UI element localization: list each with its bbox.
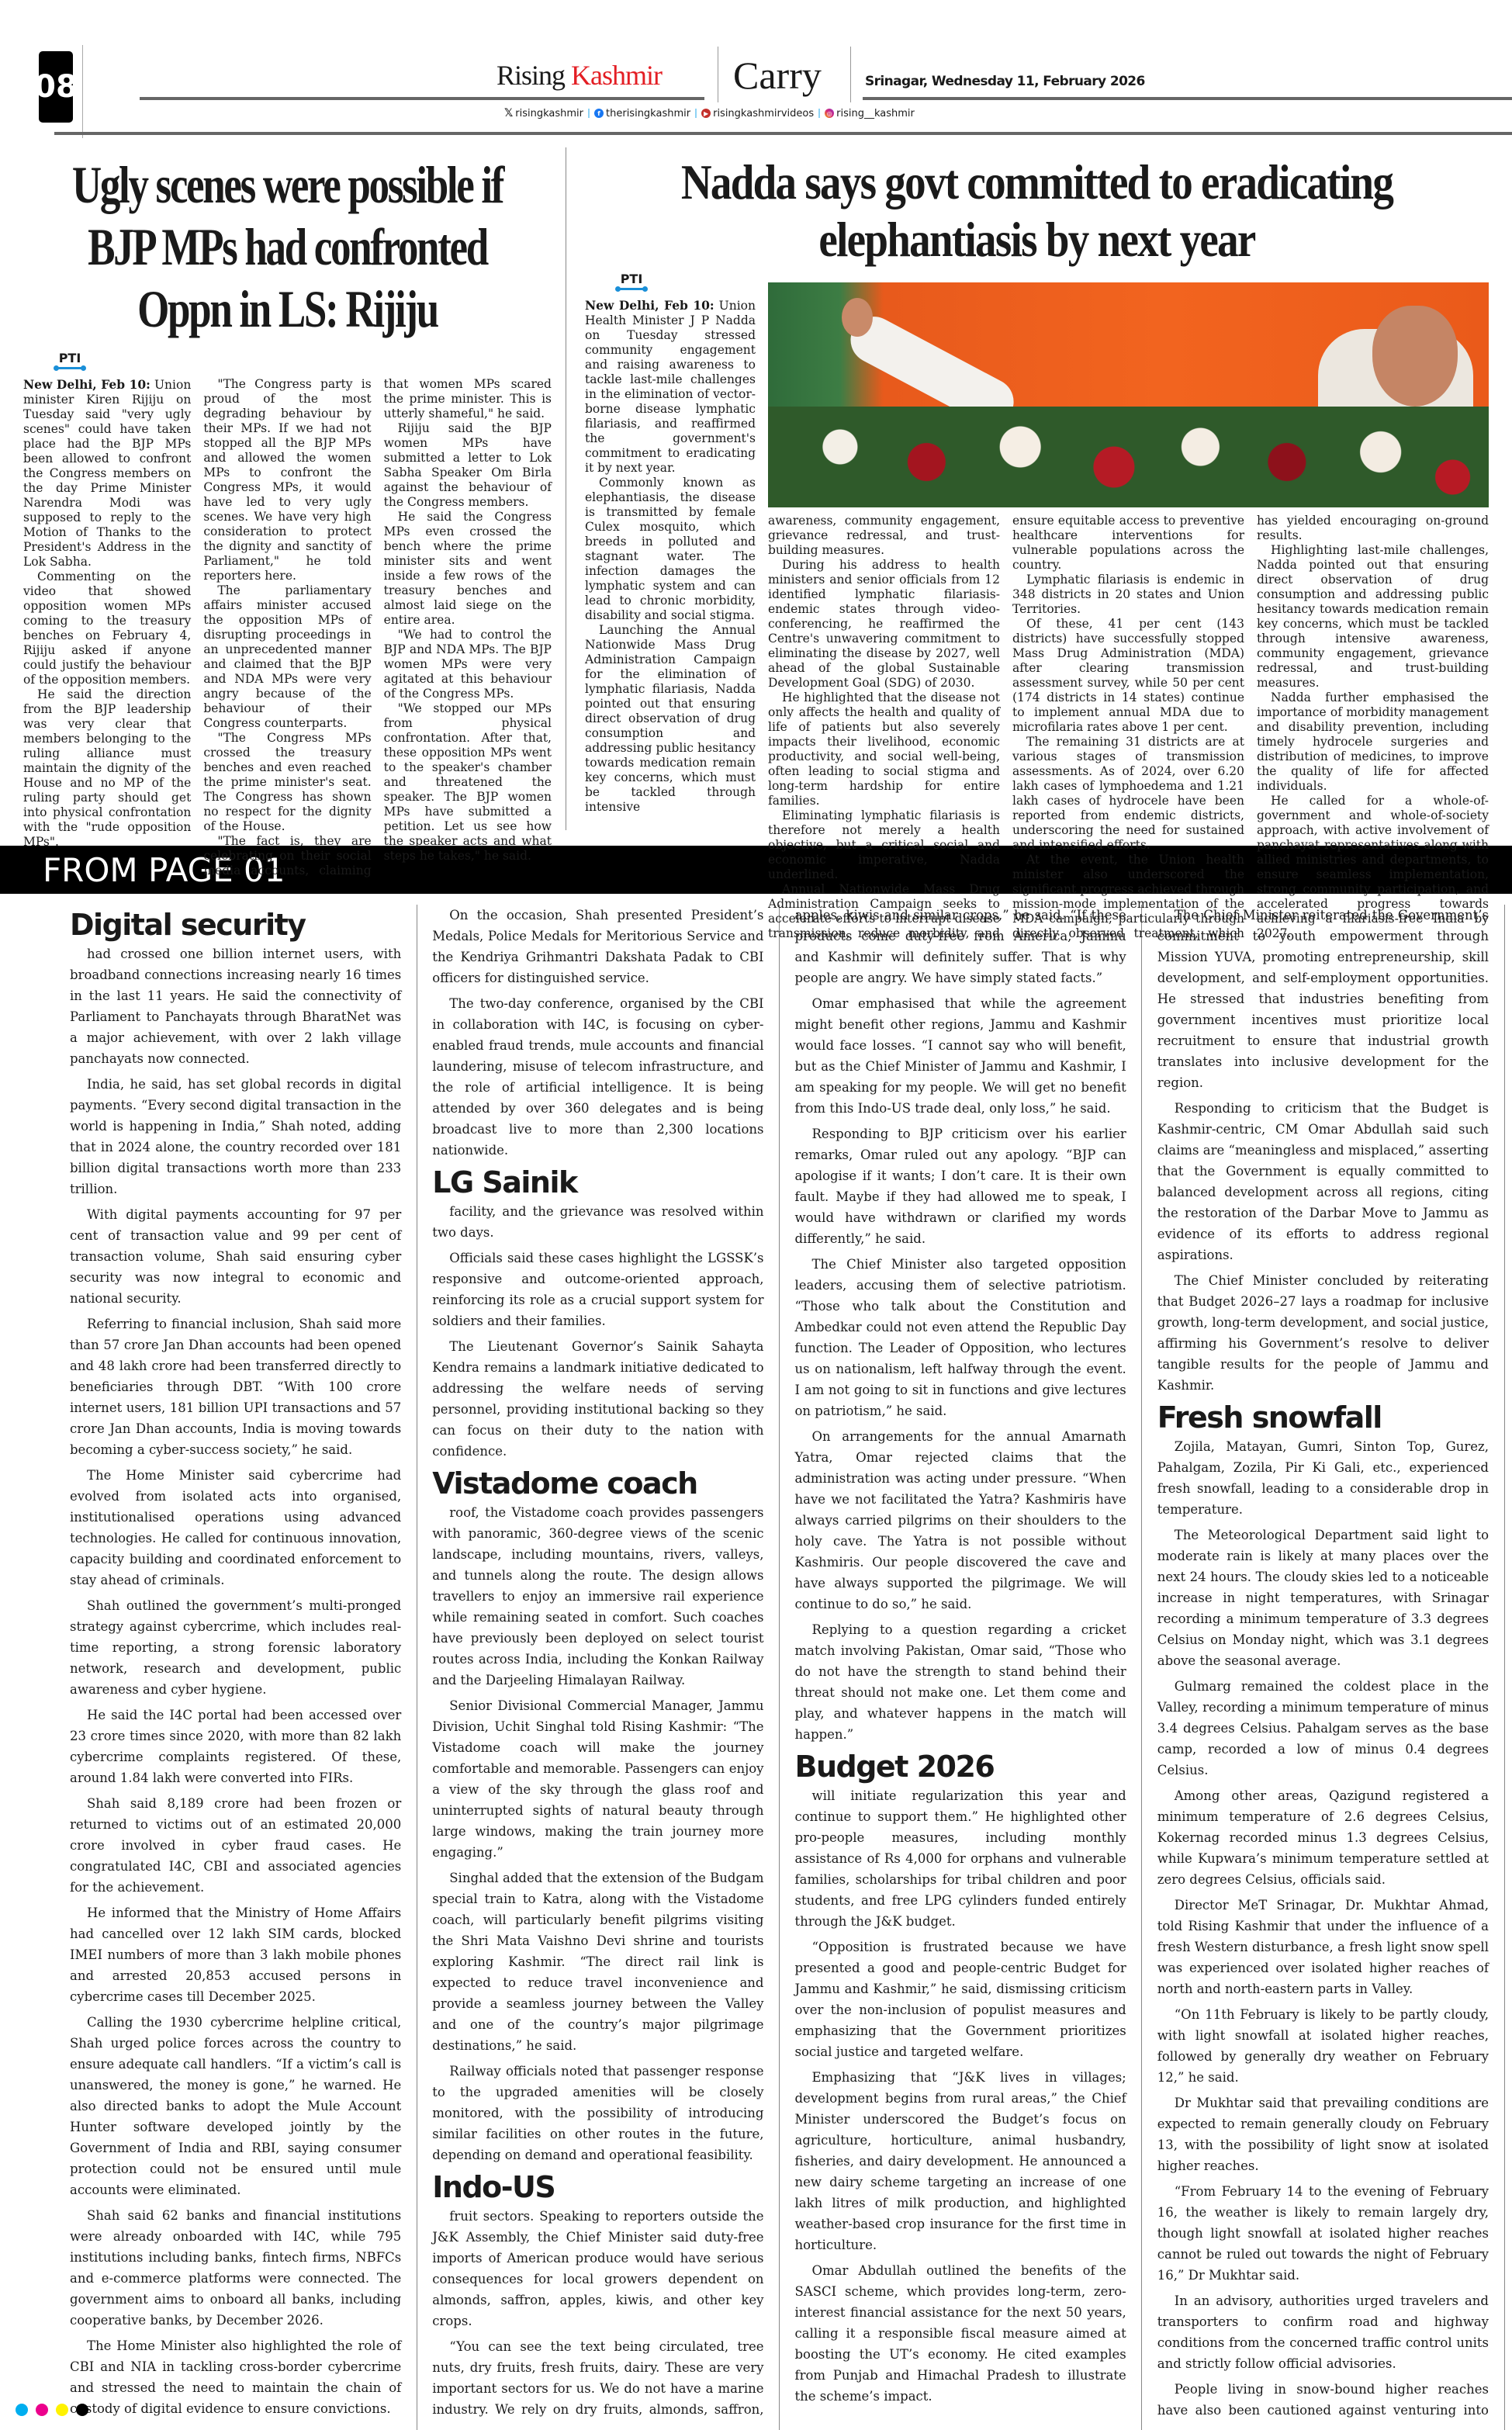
paragraph: With digital payments accounting for 97 … [70,1204,401,1309]
paragraph: Gulmarg remained the coldest place in th… [1157,1676,1489,1781]
paragraph: Officials said these cases highlight the… [432,1248,763,1331]
paragraph: Director MeT Srinagar, Dr. Mukhtar Ahmad… [1157,1895,1489,1999]
masthead-bottom-rule [54,132,1512,135]
masthead-vline [82,45,83,138]
newspaper-page: 08 Rising Kashmir Carry Srinagar, Wednes… [0,0,1512,2430]
paragraph: Zojila, Matayan, Gumri, Sinton Top, Gure… [1157,1436,1489,1520]
social-handle: therisingkashmir [606,108,690,119]
social-x[interactable]: 𝕏 risingkashmir [504,107,583,119]
brand-rising: Rising [497,60,565,91]
social-handle: risingkashmirvideos [713,108,814,119]
paragraph: He informed that the Ministry of Home Af… [70,1902,401,2007]
paragraph: Singhal added that the extension of the … [432,1867,763,2056]
paragraph: India, he said, has set global records i… [70,1074,401,1199]
paragraph: Of these, 41 per cent (143 districts) ha… [1012,617,1244,735]
byline-agency: PTI [621,272,643,286]
paragraph: "The Congress MPs crossed the treasury b… [203,731,371,834]
paragraph: Nadda further emphasised the importance … [1257,691,1489,794]
paragraph: Commonly known as elephantiasis, the dis… [585,476,756,623]
reg-mark-black [76,2404,88,2416]
paragraph: He highlighted that the disease not only… [768,691,1000,808]
paragraph: The Home Minister also highlighted the r… [70,2335,401,2419]
paragraph: “Opposition is frustrated because we hav… [795,1937,1126,2062]
section-heading: Digital security [70,908,401,942]
paragraph: The Home Minister said cybercrime had ev… [70,1465,401,1591]
lead-stories: Ugly scenes were possible if BJP MPs had… [23,147,1489,830]
masthead-rule-right [863,97,1512,100]
social-separator [588,109,590,118]
paragraph: He said the Congress MPs even crossed th… [384,510,552,628]
paragraph: Omar emphasised that while the agreement… [795,993,1126,1119]
paragraph: Lymphatic filariasis is endemic in 348 d… [1012,573,1244,617]
page-number: 08 [39,51,73,123]
paragraph: roof, the Vistadome coach provides passe… [432,1502,763,1691]
facebook-icon: f [594,109,604,118]
paragraph: Among other areas, Qazigund registered a… [1157,1785,1489,1890]
paragraph: "We had to control the BJP and NDA MPs. … [384,628,552,701]
paragraph: The remaining 31 districts are at variou… [1012,735,1244,853]
social-instagram[interactable]: ◎ rising__kashmir [825,108,915,119]
brand-kashmir: Kashmir [571,60,662,91]
paragraph: “On 11th February is likely to be partly… [1157,2004,1489,2088]
article-rijiju: Ugly scenes were possible if BJP MPs had… [23,147,566,830]
article-nadda: Nadda says govt committed to eradicating… [566,147,1489,830]
paragraph: The Lieutenant Governor’s Sainik Sahayta… [432,1336,763,1462]
article-body: awareness, community engagement, grievan… [768,514,1489,941]
social-separator [818,109,820,118]
paragraph: Responding to criticism that the Budget … [1157,1098,1489,1265]
photo-flowers [768,407,1489,507]
registration-marks [16,2404,88,2416]
nadda-layout: PTI New Delhi, Feb 10: Union Health Mini… [585,272,1489,941]
brand-logo: Rising Kashmir [497,59,662,92]
paragraph: Railway officials noted that passenger r… [432,2061,763,2165]
paragraph: The Chief Minister also targeted opposit… [795,1254,1126,1421]
paragraph: Rijiju said the BJP women MPs have submi… [384,421,552,510]
youtube-icon: ▶ [701,109,711,118]
social-links: 𝕏 risingkashmir f therisingkashmir ▶ ris… [504,107,915,119]
article-body: New Delhi, Feb 10: Union minister Kiren … [23,377,552,878]
social-youtube[interactable]: ▶ risingkashmirvideos [701,108,814,119]
paragraph: awareness, community engagement, grievan… [768,514,1000,558]
section-heading: Indo-US [432,2170,763,2204]
paragraph: had crossed one billion internet users, … [70,943,401,1069]
paragraph: The two-day conference, organised by the… [432,993,763,1161]
dateline: Srinagar, Wednesday 11, February 2026 [865,74,1145,89]
paragraph: Responding to BJP criticism over his ear… [795,1123,1126,1249]
section-divider [850,47,851,102]
paragraph: will initiate regularization this year a… [795,1785,1126,1932]
paragraph: New Delhi, Feb 10: Union Health Minister… [585,298,756,476]
photo-hand [842,298,873,337]
social-facebook[interactable]: f therisingkashmir [594,108,690,119]
paragraph: fruit sectors. Speaking to reporters out… [432,2206,763,2331]
paragraph: Eliminating lymphatic filariasis is ther… [768,808,1000,882]
paragraph: “From February 14 to the evening of Febr… [1157,2181,1489,2286]
byline-decoration [56,367,84,369]
paragraph: Dr Mukhtar said that prevailing conditio… [1157,2092,1489,2176]
section-heading: Vistadome coach [432,1466,763,1501]
paragraph: "We stopped our MPs from physical confro… [384,701,552,864]
instagram-icon: ◎ [825,109,834,118]
paragraph: On arrangements for the annual Amarnath … [795,1426,1126,1615]
nadda-photo [768,282,1489,507]
paragraph: New Delhi, Feb 10: Union minister Kiren … [23,377,191,569]
paragraph: facility, and the grievance was resolved… [432,1201,763,1243]
paragraph: He called for a whole-of-government and … [1257,794,1489,941]
social-handle: rising__kashmir [836,108,915,119]
masthead-rule-left [140,97,704,100]
byline-decoration [618,288,645,290]
paragraph: He said the direction from the BJP leade… [23,687,191,850]
paragraph: Replying to a question regarding a crick… [795,1619,1126,1745]
paragraph: The Chief Minister concluded by reiterat… [1157,1270,1489,1396]
reg-mark-yellow [56,2404,68,2416]
paragraph: The Meteorological Department said light… [1157,1525,1489,1671]
paragraph: Referring to financial inclusion, Shah s… [70,1314,401,1460]
byline-agency: PTI [59,351,81,365]
masthead: 08 Rising Kashmir Carry Srinagar, Wednes… [23,0,1489,140]
jump-stories: Digital security had crossed one billion… [23,894,1489,2430]
dateline: New Delhi, Feb 10: [585,298,714,313]
paragraph: Calling the 1930 cybercrime helpline cri… [70,2012,401,2200]
nadda-main: awareness, community engagement, grievan… [768,272,1489,941]
paragraph: Shah said 8,189 crore had been frozen or… [70,1793,401,1898]
headline-rijiju: Ugly scenes were possible if BJP MPs had… [45,154,530,340]
section-heading: LG Sainik [432,1165,763,1199]
nadda-first-column: PTI New Delhi, Feb 10: Union Health Mini… [585,272,756,941]
reg-mark-magenta [36,2404,48,2416]
paragraph: In an advisory, authorities urged travel… [1157,2290,1489,2374]
section-name: Carry [733,53,822,98]
social-handle: risingkashmir [515,108,583,119]
paragraph: Highlighting last-mile challenges, Nadda… [1257,543,1489,691]
paragraph: Commenting on the video that showed oppo… [23,569,191,687]
section-heading: Budget 2026 [795,1750,1126,1784]
photo-face [1372,306,1458,407]
paragraph: He said the I4C portal had been accessed… [70,1705,401,1788]
paragraph: Shah said 62 banks and financial institu… [70,2205,401,2331]
social-separator [695,109,697,118]
paragraph: "The Congress party is proud of the most… [203,377,371,583]
x-icon: 𝕏 [504,107,513,119]
byline: PTI [23,351,116,369]
paragraph: Emphasizing that “J&K lives in villages;… [795,2067,1126,2255]
paragraph: Shah outlined the government’s multi-pro… [70,1595,401,1700]
paragraph: Omar Abdullah outlined the benefits of t… [795,2260,1126,2407]
paragraph: Senior Divisional Commercial Manager, Ja… [432,1695,763,1863]
headline-nadda: Nadda says govt committed to eradicating… [608,154,1465,268]
byline: PTI [585,272,678,290]
dateline: New Delhi, Feb 10: [23,377,151,392]
brand-divider [718,47,718,102]
section-heading: Fresh snowfall [1157,1400,1489,1435]
reg-mark-cyan [16,2404,28,2416]
paragraph: During his address to health ministers a… [768,558,1000,691]
paragraph: Launching the Annual Nationwide Mass Dru… [585,623,756,815]
paragraph: The parliamentary affairs minister accus… [203,583,371,731]
